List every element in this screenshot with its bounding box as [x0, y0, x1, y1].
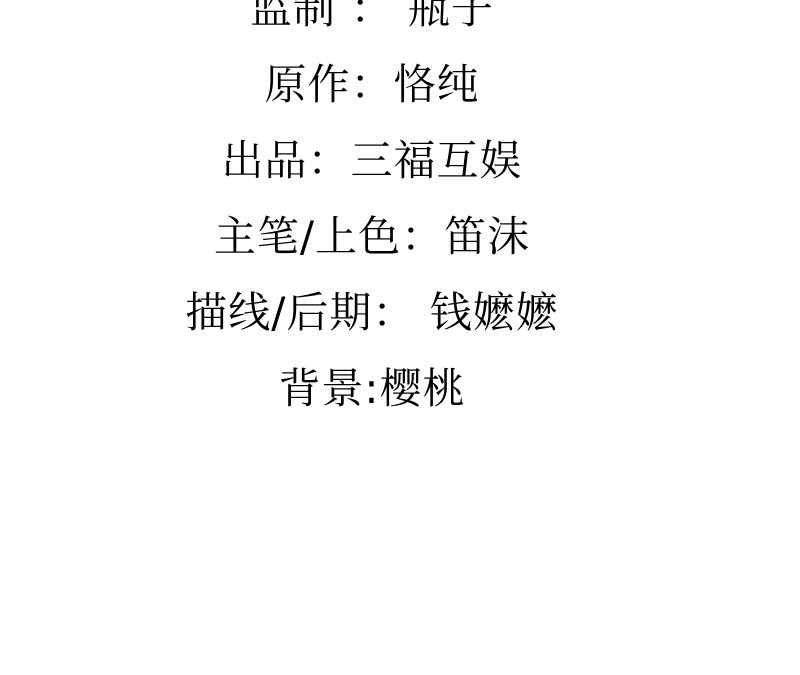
credit-line-original-author: 原作：恪纯 [0, 64, 744, 106]
credit-line-producer: 出品：三福互娱 [0, 140, 744, 182]
credit-line-background-artist: 背景:樱桃 [0, 368, 744, 410]
credits-page: 监制 ： 瓶子 原作：恪纯 出品：三福互娱 主笔/上色：笛沫 描线/后期： 钱嬷… [0, 0, 800, 675]
credit-line-lineart-postproduction: 描线/后期： 钱嬷嬷 [0, 292, 744, 334]
credit-line-supervisor: 监制 ： 瓶子 [0, 0, 744, 30]
credit-line-lead-artist-colorist: 主笔/上色：笛沫 [0, 216, 744, 258]
